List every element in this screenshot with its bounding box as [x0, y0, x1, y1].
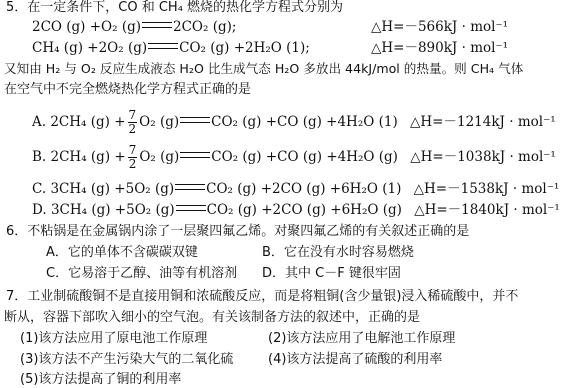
option-rhs: CO₂ (g) +CO (g) +4H₂O (g) — [211, 149, 398, 165]
q5-equation-2: CH₄ (g) +2O₂ (g)CO₂ (g) +2H₂O (1); — [32, 38, 310, 58]
option-rhs: CO₂ (g) +CO (g) +4H₂O (1) — [211, 114, 398, 130]
q5-equation-1: 2CO (g) +O₂ (g)2CO₂ (g); — [32, 17, 236, 37]
q5-option-b[interactable]: B. 2CH₄ (g) +72O₂ (g)CO₂ (g) +CO (g) +4H… — [32, 143, 556, 171]
equals-sign — [180, 117, 210, 123]
eq1-lhs: 2CO (g) +O₂ (g) — [32, 19, 141, 35]
option-lhs: 3CH₄ (g) +5O₂ (g) — [51, 202, 175, 218]
q7-statement-5: (5)该方法提高了铜的利用率 — [20, 370, 181, 388]
option-label: B. — [32, 149, 46, 165]
equals-sign — [180, 152, 210, 158]
option-label: D. — [32, 202, 47, 218]
option-lhs: 3CH₄ (g) +5O₂ (g) — [50, 181, 174, 197]
equals-sign — [176, 205, 206, 211]
option-lhs: 2CH₄ (g) + — [50, 114, 125, 130]
option-label: A. — [32, 114, 46, 130]
q6-option-b[interactable]: B．它在没有水时容易燃烧 — [262, 243, 414, 263]
eq2-delta-h: △H=－890kJ · mol⁻¹ — [371, 38, 508, 58]
eq1-delta-h: △H=－566kJ · mol⁻¹ — [371, 17, 508, 37]
q6-option-a[interactable]: A．它的单体不含碳碳双键 — [46, 243, 198, 263]
q7-stem-line-1: 7．工业制硫酸铜不是直接用铜和浓硫酸反应，而是将粗铜(含少量银)浸入稀硫酸中，并… — [6, 287, 518, 307]
q5-option-a[interactable]: A. 2CH₄ (g) +72O₂ (g)CO₂ (g) +CO (g) +4H… — [32, 108, 556, 136]
option-label: C. — [32, 181, 46, 197]
q7-statement-1: (1)该方法应用了原电池工作原理 — [20, 329, 207, 349]
q7-statement-4: (4)该方法提高了硫酸的利用率 — [268, 350, 442, 370]
q7-statement-2: (2)该方法应用了电解池工作原理 — [268, 329, 455, 349]
q5-stem-line-2: 在空气中不完全燃烧热化学方程式正确的是 — [4, 80, 251, 100]
q6-option-d[interactable]: D．其中 C－F 键很牢固 — [262, 264, 401, 284]
q5-option-d[interactable]: D. 3CH₄ (g) +5O₂ (g)CO₂ (g) +2CO (g) +6H… — [32, 200, 560, 220]
option-rhs: CO₂ (g) +2CO (g) +6H₂O (1) — [206, 181, 401, 197]
equals-sign — [148, 43, 178, 49]
equals-sign — [142, 22, 172, 28]
eq1-rhs: 2CO₂ (g); — [173, 19, 236, 35]
eq2-lhs: CH₄ (g) +2O₂ (g) — [32, 40, 147, 56]
option-delta-h: △H=－1214kJ · mol⁻¹ — [410, 114, 556, 130]
fraction: 72 — [128, 109, 138, 136]
eq2-rhs: CO₂ (g) +2H₂O (1); — [179, 40, 310, 56]
option-delta-h: △H=－1538kJ · mol⁻¹ — [414, 181, 560, 197]
q7-statement-3: (3)该方法不产生污染大气的二氧化硫 — [20, 350, 233, 370]
q7-stem-line-2: 断从，容器下部吹入细小的空气泡。有关该制备方法的叙述中，正确的是 — [4, 308, 420, 328]
q5-option-c[interactable]: C. 3CH₄ (g) +5O₂ (g)CO₂ (g) +2CO (g) +6H… — [32, 179, 559, 199]
option-lhs: 2CH₄ (g) + — [51, 149, 126, 165]
q6-option-c[interactable]: C．它易溶于乙醇、油等有机溶剂 — [46, 264, 237, 284]
q6-stem: 6．不粘锅是在金属锅内涂了一层聚四氟乙烯。对聚四氟乙烯的有关叙述正确的是 — [6, 222, 469, 242]
option-delta-h: △H=－1840kJ · mol⁻¹ — [414, 202, 560, 218]
fraction: 72 — [128, 144, 138, 171]
q5-stem: 5．在一定条件下，CO 和 CH₄ 燃烧的热化学方程式分别为 — [6, 0, 343, 18]
q5-stem-line-1: 又知由 H₂ 与 O₂ 反应生成液态 H₂O 比生成气态 H₂O 多放出 44k… — [4, 59, 523, 79]
equals-sign — [175, 184, 205, 190]
option-rhs: CO₂ (g) +2CO (g) +6H₂O (g) — [207, 202, 402, 218]
option-delta-h: △H=－1038kJ · mol⁻¹ — [410, 149, 556, 165]
